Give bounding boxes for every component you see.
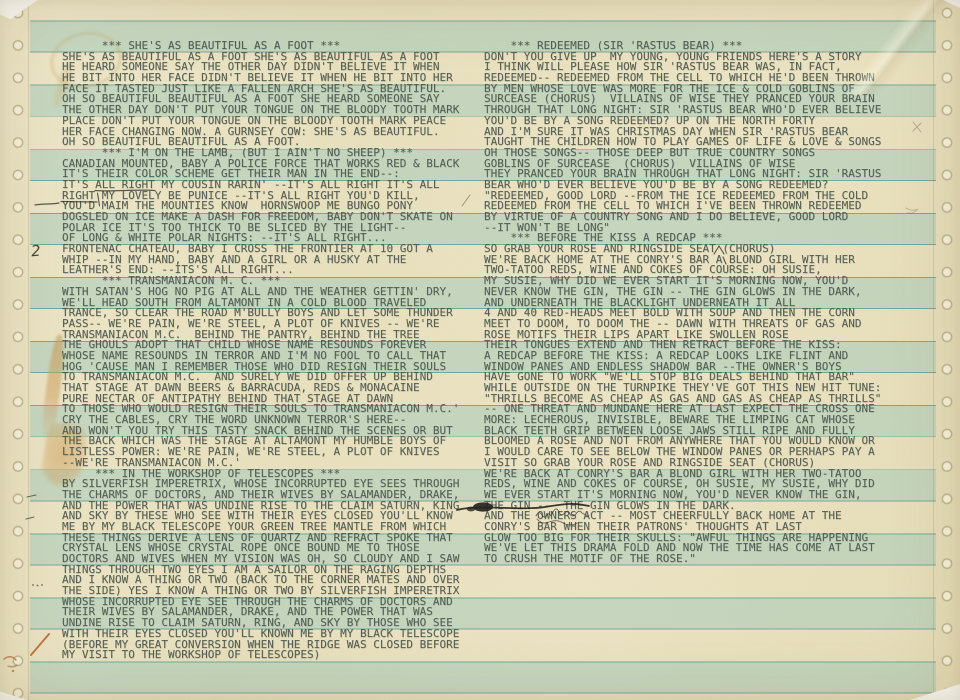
scanned-lyric-sheet: *** SHE'S AS BEAUTIFUL AS A FOOT *** SHE… (0, 0, 960, 700)
sprocket-holes-left (7, 0, 29, 700)
lyrics-column-right: *** REDEEMED (SIR 'RASTUS BEAR) *** DON'… (484, 41, 881, 565)
lyrics-column-left: *** SHE'S AS BEAUTIFUL AS A FOOT *** SHE… (62, 41, 459, 661)
right-perforation-crease (933, 0, 934, 700)
fanfold-paper: *** SHE'S AS BEAUTIFUL AS A FOOT *** SHE… (0, 0, 960, 700)
handwritten-margin-number: 2 (30, 242, 41, 261)
sprocket-holes-right (935, 0, 957, 700)
bent-corner-crease (820, 0, 960, 95)
